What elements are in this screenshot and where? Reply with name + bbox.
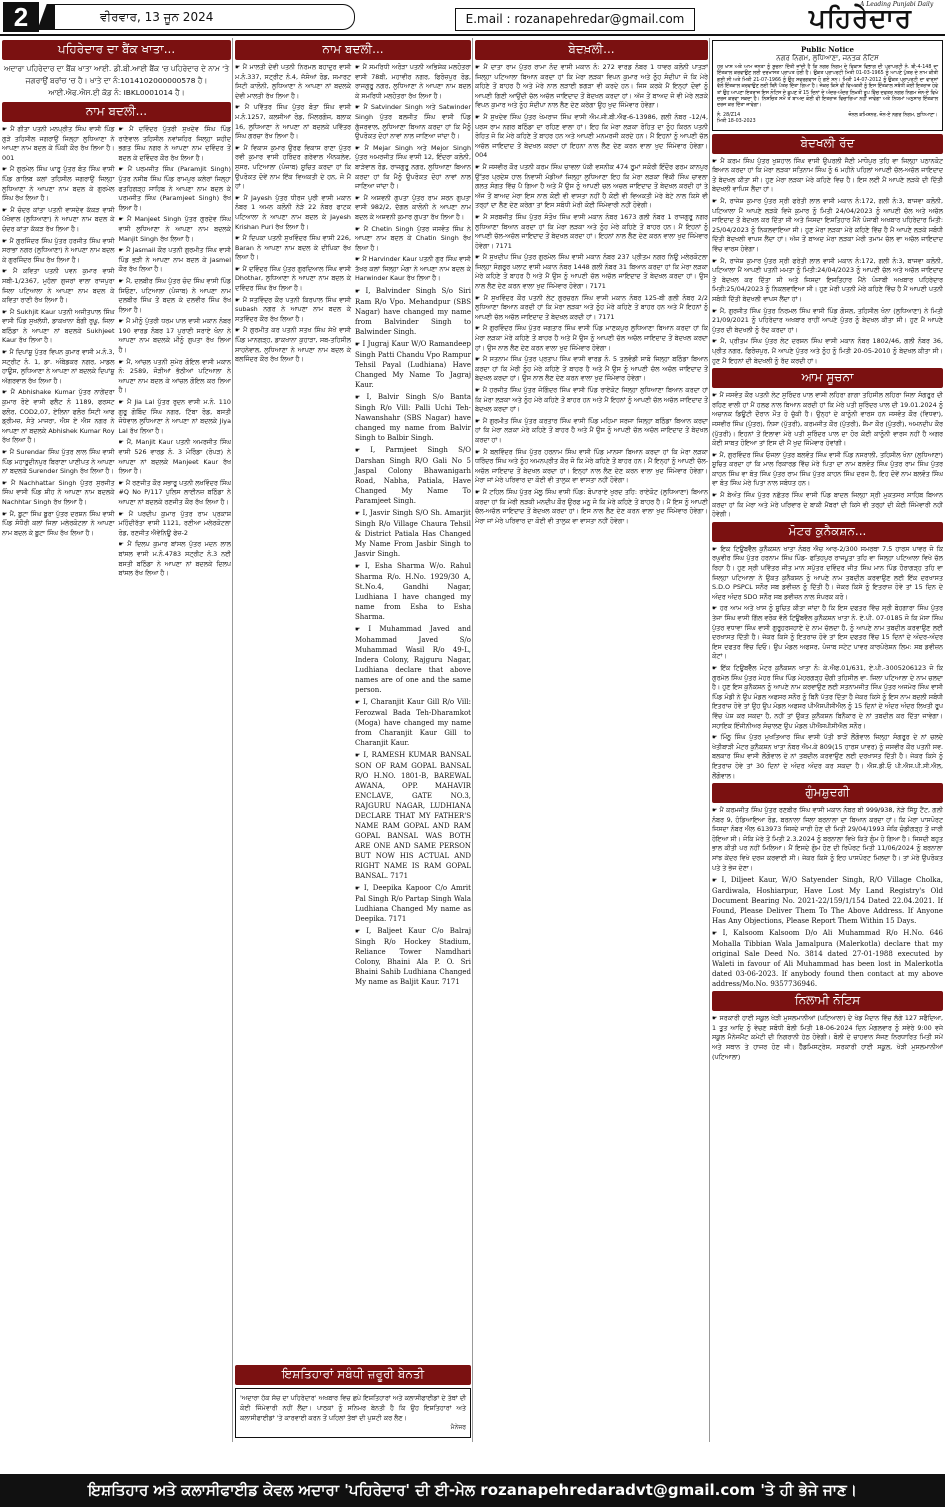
classified-item: I, Kalsoom Kalsoom D/o Ali Muhammad R/o … bbox=[712, 928, 943, 989]
classified-item: ਮੈਂ ਚੰਦਰ ਕਾਂਤਾ ਪਤਨੀ ਵਾਸਦੇਵ ਕੱਕੜ ਵਾਸੀ ਪੱਖ… bbox=[2, 206, 115, 235]
ad-disclaimer-signature: ਮੈਨੇਜਰ bbox=[240, 1423, 466, 1433]
classified-item: ਮੈਂ Jasmail ਕੌਰ ਪਤਨੀ ਗੁਰਮੀਤ ਸਿੰਘ ਵਾਸੀ ਪਿ… bbox=[119, 246, 232, 275]
ad-disclaimer-text: 'ਅਦਾਰਾ ਹੱਕ ਸੱਚ ਦਾ ਪਹਿਰੇਦਾਰ' ਅਖਬਾਰ ਵਿਚ ਛਪ… bbox=[240, 1393, 466, 1423]
classified-item: ਮੈਂ, ਗੁਰਜੀਤ ਸਿੰਘ ਪੁੱਤਰ ਨਿਰਮਲ ਸਿੰਘ ਵਾਸੀ ਪ… bbox=[712, 307, 943, 336]
classified-item: ਮੈਂ ਬਲਵਿੰਦਰ ਸਿੰਘ ਪੁੱਤਰ ਹਰਨਾਮ ਸਿੰਘ ਵਾਸੀ ਪ… bbox=[475, 448, 708, 486]
bank-account-text: ਅਦਾਰਾ ਪਹਿਰੇਦਾਰ ਦਾ ਬੈਂਕ ਖਾਤਾ ਆਈ. ਡੀ.ਬੀ.ਆਈ… bbox=[2, 63, 231, 99]
classified-item: ਮੈਂ Nachhattar Singh ਪੁੱਤਰ ਸੁਰਜੀਤ ਸਿੰਘ ਵ… bbox=[2, 479, 115, 508]
classified-item: ਮੈਂ Satvinder Singh ਅਤੇ Satwinder Singh … bbox=[355, 103, 471, 141]
column-3: ਬੇਦਖ਼ਲੀ... ਮੈਂ ਦਾਤਾ ਰਾਮ ਪੁੱਤਰ ਰਾਮਾ ਨੰਦ ਵ… bbox=[475, 38, 708, 1442]
classified-item: ਮੈਂ ਵਿਕਾਸ ਕੁਮਾਰ ਉਰਫ ਵਿਕਾਸ ਰਾਣਾ ਪੁੱਤਰ ਰਵੀ… bbox=[235, 144, 351, 192]
classified-item: ਮੈਂ ਮਾਲਤੀ ਦੇਵੀ ਪਤਨੀ ਨਿਰਮਲ ਬਹਾਦੁਰ ਵਾਸੀ ਮ.… bbox=[235, 63, 351, 101]
classified-item: I, Baljeet Kaur C/o Balraj Singh R/o Hoc… bbox=[355, 926, 471, 987]
lost-items-heading: ਗੁੰਮਸ਼ੁਦਗੀ bbox=[712, 783, 943, 803]
name-change-right: ਮੈਂ ਦਵਿੰਦਰ ਪੁੱਤਰੀ ਸੁਖਦੇਵ ਸਿੰਘ ਪਿੰਡ ਰਾਣੇਵ… bbox=[119, 125, 232, 581]
classified-item: ਮੈਂ ਗੁਰਮੀਤ ਸਿੰਘ ਪੁੱਤਰ ਕਰਤਾਰ ਸਿੰਘ ਵਾਸੀ ਪਿ… bbox=[475, 417, 708, 446]
classified-item: I Jugraj Kaur W/O Ramandeep Singh Patti … bbox=[355, 339, 471, 390]
classified-item: ਮੈਂ Surendar ਸਿੰਘ ਪੁੱਤਰ ਲਾਲ ਸਿੰਘ ਵਾਸੀ ਪਿ… bbox=[2, 448, 115, 477]
classified-item: ਮੈਂ, ਰਾਜੇਸ਼ ਕੁਮਾਰ ਪੁੱਤਰ ਸ੍ਰੀ ਫਰੇਤੀ ਲਾਲ ਵ… bbox=[712, 257, 943, 305]
ad-disclaimer-heading: ਇਸ਼ਤਿਹਾਰਾਂ ਸਬੰਧੀ ਜ਼ਰੂਰੀ ਬੇਨਤੀ bbox=[235, 1365, 471, 1385]
classified-item: I, Esha Sharma W/o. Rahul Sharma R/o. H.… bbox=[355, 561, 471, 622]
name-change-heading: ਨਾਮ ਬਦਲੀ... bbox=[235, 40, 471, 60]
classified-item: ਮੈਂ ਸਮਰਿਧੀ ਅਰੋੜਾ ਪਤਨੀ ਅਭਿਸ਼ੇਕ ਮਲਹੋਤਰਾ ਵਾ… bbox=[355, 63, 471, 101]
public-notice-body: ਹਰ ਖਾਸ ਅਤੇ ਆਮ ਜਨਤਾ ਨੂੰ ਸੂਚਨਾ ਦਿੱਤੀ ਜਾਂਦੀ… bbox=[717, 65, 938, 110]
classified-item: ਮੈਂ ਸੁਖਦੇਵ ਸਿੰਘ ਪੁੱਤਰ ਖੇਮਰਾਜ ਸਿੰਘ ਵਾਸੀ ਐ… bbox=[475, 113, 708, 161]
general-notice-list: ਮੈਂ ਜਸਵੰਤ ਕੌਰ ਪਤਨੀ ਲੇਟ ਸੁਰਿੰਦਰ ਪਾਲ ਵਾਸੀ … bbox=[712, 391, 943, 520]
classified-item: ਮੈਂ, ਬੂਟਾ ਸਿੰਘ ਬੂਰਾ ਪੁੱਤਰ ਦਰਸ਼ਨ ਸਿੰਘ ਵਾਸ… bbox=[2, 510, 115, 539]
classified-item: ਮੈਂ ਦਿਪਾਂਸ਼ੂ ਪੁੱਤਰ ਵਿਪਨ ਕੁਮਾਰ ਵਾਸੀ ਮ.ਨੰ.… bbox=[2, 348, 115, 386]
classified-item: ਮੈਂ ਬੇਅੰਤ ਸਿੰਘ ਪੁੱਤਰ ਨਛੱਤਰ ਸਿੰਘ ਵਾਸੀ ਪਿੰ… bbox=[712, 491, 943, 520]
classified-item: ਮੈਂ ਦਵਿੰਦਰ ਪੁੱਤਰੀ ਸੁਖਦੇਵ ਸਿੰਘ ਪਿੰਡ ਰਾਣੇਵ… bbox=[119, 125, 232, 163]
masthead: 2 ਵੀਰਵਾਰ, 13 ਜੂਨ 2024 E.mail : rozanapeh… bbox=[0, 0, 945, 34]
name-change-list: ਮੈਂ ਗੀਤਾ ਪਤਨੀ ਮਨਪ੍ਰੀਤ ਸਿੰਘ ਵਾਸੀ ਪਿੰਡ ਗੁੜ… bbox=[2, 125, 231, 581]
classified-item: ਮਿੰਨੂ ਸਿੰਘ ਪੁੱਤਰ ਮੁਖਤਿਆਰ ਸਿੰਘ ਵਾਸੀ ਪੱਤੀ … bbox=[712, 733, 943, 781]
classified-item: I Muhammad Javed and Mohammad Javed S/o … bbox=[355, 624, 471, 695]
column-divider bbox=[709, 38, 710, 1442]
classified-item: ਮੈਂ ਕਰਮਜੀਤ ਸਿੰਘ ਪੁੱਤਰ ਰਣਬੀਰ ਸਿੰਘ ਵਾਸੀ ਮਕ… bbox=[712, 806, 943, 873]
issue-date: ਵੀਰਵਾਰ, 13 ਜੂਨ 2024 bbox=[55, 4, 355, 30]
classified-item: ਮੈਂ ਗੁਰਵਿੰਦਰ ਸਿੰਘ ਪੁੱਤਰ ਜਗਤਾਰ ਸਿੰਘ ਵਾਸੀ … bbox=[475, 324, 708, 353]
public-notice: Public Notice ਨਗਰ ਨਿਗਮ, ਲੁਧਿਆਣਾ, ਜਨਤਕ ਨੋ… bbox=[712, 40, 943, 131]
general-notice-heading: ਆਮ ਸੂਚਨਾ bbox=[712, 368, 943, 388]
classified-item: ਮੈਂ ਟਹਿਲ ਸਿੰਘ ਪੁੱਤਰ ਮੱਲੂ ਸਿੰਘ ਵਾਸੀ ਪਿੰਡ:… bbox=[475, 488, 708, 526]
public-notice-signature: ਜੋਨਲ ਕਮਿਸ਼ਨਰ, ਜੋਨ-ਏ ਨਗਰ ਨਿਗਮ, ਲੁਧਿਆਣਾ। bbox=[848, 113, 938, 126]
column-4: Public Notice ਨਗਰ ਨਿਗਮ, ਲੁਧਿਆਣਾ, ਜਨਤਕ ਨੋ… bbox=[712, 38, 943, 1442]
classified-item: ਮੈਂ ਦਾਤਾ ਰਾਮ ਪੁੱਤਰ ਰਾਮਾ ਨੰਦ ਵਾਸੀ ਮਕਾਨ ਨੰ… bbox=[475, 63, 708, 111]
classified-item: ਮੈਂ Harvinder Kaur ਪਤਨੀ ਗੁਰ ਸਿੰਘ ਵਾਸੀ ਤੱ… bbox=[355, 255, 471, 284]
classified-item: ਮੈਂ ਜਸਵੰਤ ਕੌਰ ਪਤਨੀ ਲੇਟ ਸੁਰਿੰਦਰ ਪਾਲ ਵਾਸੀ … bbox=[712, 391, 943, 449]
classified-item: ਮੈਂ Jayesh ਪੁੱਤਰ ਧੀਰਜ ਪੁਰੀ ਵਾਸੀ ਮਕਾਨ ਨੰਬ… bbox=[235, 194, 351, 232]
column-2: ਨਾਮ ਬਦਲੀ... ਮੈਂ ਮਾਲਤੀ ਦੇਵੀ ਪਤਨੀ ਨਿਰਮਲ ਬਹ… bbox=[235, 38, 471, 1442]
classified-item: ਸਰਕਾਰੀ ਹਾਈ ਸਕੂਲ ਖੇੜੀ ਮੁਸਲਮਾਨੀਆਂ (ਪਟਿਆਲਾ)… bbox=[712, 1014, 943, 1062]
classified-item: ਮੈਂ ਜਸਵੀਰ ਕੌਰ ਪਤਨੀ ਕਰਮ ਸਿੰਘ ਚਾਵਲਾ ਪੱਕੀ ਵ… bbox=[475, 163, 708, 211]
auction-notice-heading: ਨਿਲਾਮੀ ਨੋਟਿਸ bbox=[712, 991, 943, 1011]
disinheritance-heading: ਬੇਦਖ਼ਲੀ... bbox=[475, 40, 708, 60]
bank-account-heading: ਪਹਿਰੇਦਾਰ ਦਾ ਬੈਂਕ ਖਾਤਾ... bbox=[2, 40, 231, 60]
classified-item: ਮੈਂ ਸੁਖਵਿੰਦਰ ਕੌਰ ਪਤਨੀ ਲੇਟ ਗੁਰਚਰਨ ਸਿੰਘ ਵਾ… bbox=[475, 294, 708, 323]
footer-banner: ਇਸ਼ਤਿਹਾਰ ਅਤੇ ਕਲਾਸੀਫਾਈਡ ਕੇਵਲ ਅਦਾਰਾ 'ਪਹਿਰੇ… bbox=[0, 1474, 945, 1507]
classified-item: I, Balvinder Singh S/o Siri Ram R/o Vpo.… bbox=[355, 286, 471, 337]
contact-email[interactable]: E.mail : rozanapehredar@gmail.com bbox=[455, 8, 695, 31]
classified-item: ਮੈਂ ਗੁਰਮੀਤ ਕਰ ਪਤਨੀ ਸਤਖ ਸਿੰਘ ਸੇਖੋਂ ਵਾਸੀ ਪ… bbox=[235, 326, 351, 364]
name-change-list: ਮੈਂ ਮਾਲਤੀ ਦੇਵੀ ਪਤਨੀ ਨਿਰਮਲ ਬਹਾਦੁਰ ਵਾਸੀ ਮ.… bbox=[235, 63, 471, 1363]
classified-item: ਇਕ ਟਿਊਬਵੈੱਲ ਕੁਨੈਕਸ਼ਨ ਖਾਤਾ ਨੰਬਰ ਐਚ ਆਰ-2/3… bbox=[712, 545, 943, 603]
classified-item: ਮੈਂ ਦਵਿੰਦਰ ਸਿੰਘ ਪੁੱਤਰ ਗੁਰਦਿਆਲ ਸਿੰਘ ਵਾਸੀ … bbox=[235, 265, 351, 294]
classified-item: ਇੱਕ ਟਿਊਬਵੈੱਲ ਮੋਟਰ ਕੁਨੈਕਸ਼ਨ ਖਾਤਾ ਨੰ: ਕੇ.ਐ… bbox=[712, 664, 943, 731]
classified-item: I, Parmjeet Singh S/O Darshan Singh R/O … bbox=[355, 445, 471, 506]
name-change-right: ਮੈਂ ਸਮਰਿਧੀ ਅਰੋੜਾ ਪਤਨੀ ਅਭਿਸ਼ੇਕ ਮਲਹੋਤਰਾ ਵਾ… bbox=[355, 63, 471, 1363]
classified-item: ਮੈਂ Abhishake Kumar ਪੁੱਤਰ ਨਾਗੇਂਦਰਾ ਕੁਮਾਰ… bbox=[2, 388, 115, 446]
classified-item: ਮੈਂ ਹਰਜੀਤ ਸਿੰਘ ਪੁੱਤਰ ਜੋਗਿੰਦਰ ਸਿੰਘ ਵਾਸੀ ਪ… bbox=[475, 386, 708, 415]
public-notice-title: Public Notice bbox=[717, 45, 938, 54]
classified-item: ਮੈਂ, ਦਲਬੀਰ ਸਿੰਘ ਪੁੱਤਰ ਚੰਦ ਸਿੰਘ ਵਾਸੀ ਪਿੰਡ… bbox=[119, 277, 232, 315]
public-notice-date: ਮਿਤੀ 18-03-2023 bbox=[717, 119, 756, 125]
classified-item: ਮੈਂ ਕਰਮ ਸਿੰਘ ਪੁੱਤਰ ਖੁਸ਼ਹਾਲ ਸਿੰਘ ਵਾਸੀ ਉਪਰ… bbox=[712, 157, 943, 195]
classified-item: ਮੈਂ ਸੁਖਦੀਪ ਸਿੰਘ ਪੁੱਤਰ ਗੁਰਮੇਲ ਸਿੰਘ ਵਾਸੀ ਮ… bbox=[475, 253, 708, 291]
name-change-heading: ਨਾਮ ਬਦਲੀ... bbox=[2, 102, 231, 122]
classified-item: ਮੈਂ ਦਿਪਕਾ ਪਤਨੀ ਸੁਖਵਿੰਦਰ ਸਿੰਘ ਵਾਸੀ 226, B… bbox=[235, 234, 351, 263]
classified-item: ਮੈਂ ਸਤਨਾਮ ਸਿੰਘ ਪੁੱਤਰ ਪ੍ਰਤਾਪ ਸਿੰਘ ਵਾਸੀ ਵਾ… bbox=[475, 355, 708, 384]
name-change-left: ਮੈਂ ਗੀਤਾ ਪਤਨੀ ਮਨਪ੍ਰੀਤ ਸਿੰਘ ਵਾਸੀ ਪਿੰਡ ਗੁੜ… bbox=[2, 125, 115, 581]
ad-disclaimer: 'ਅਦਾਰਾ ਹੱਕ ਸੱਚ ਦਾ ਪਹਿਰੇਦਾਰ' ਅਖਬਾਰ ਵਿਚ ਛਪ… bbox=[235, 1388, 471, 1438]
masthead-divider bbox=[0, 34, 945, 36]
classified-item: ਮੈਂ ਸਰਬਜੀਤ ਸਿੰਘ ਪੁੱਤਰ ਸੰਤੋਖ ਸਿੰਘ ਵਾਸੀ ਮਕ… bbox=[475, 213, 708, 251]
lost-items-list: ਮੈਂ ਕਰਮਜੀਤ ਸਿੰਘ ਪੁੱਤਰ ਰਣਬੀਰ ਸਿੰਘ ਵਾਸੀ ਮਕ… bbox=[712, 806, 943, 989]
classified-item: ਮੈਂ Sukhjit Kaur ਪਤਨੀ ਅਜੀਤਪਾਲ ਸਿੰਘ ਵਾਸੀ … bbox=[2, 308, 115, 346]
column-1: ਪਹਿਰੇਦਾਰ ਦਾ ਬੈਂਕ ਖਾਤਾ... ਅਦਾਰਾ ਪਹਿਰੇਦਾਰ … bbox=[2, 38, 231, 1442]
disinheritance-cancel-heading: ਬੇਦਖਲੀ ਰੱਦ bbox=[712, 134, 943, 154]
classified-item: ਹਰ ਆਮ ਅਤੇ ਖਾਸ ਨੂੰ ਸੂਚਿਤ ਕੀਤਾ ਜਾਂਦਾ ਹੈ ਕਿ… bbox=[712, 604, 943, 662]
classified-item: I, Diljeet Kaur, W/O Satyender Singh, R/… bbox=[712, 875, 943, 926]
classified-item: I, Jasvir Singh S/O Sh. Amarjit Singh R/… bbox=[355, 508, 471, 559]
classified-item: ਮੈਂ ਦਿਲਪ ਕੁਮਾਰ ਬਾਂਸਲ ਪੁੱਤਰ ਮਦਨ ਲਾਲ ਬਾਂਸਲ… bbox=[119, 540, 232, 578]
disinheritance-list: ਮੈਂ ਦਾਤਾ ਰਾਮ ਪੁੱਤਰ ਰਾਮਾ ਨੰਦ ਵਾਸੀ ਮਕਾਨ ਨੰ… bbox=[475, 63, 708, 526]
classified-item: ਮੈਂ ਪਰਮਜੀਤ ਸਿੰਘ (Paramjit Singh) ਪੁੱਤਰ ਨ… bbox=[119, 165, 232, 213]
classified-item: ਮੈਂ ਸਤਵਿੰਦਰ ਕੌਰ ਪਤਨੀ ਕਿਰਪਾਲ ਸਿੰਘ ਵਾਸੀ su… bbox=[235, 296, 351, 325]
column-divider bbox=[472, 38, 473, 1442]
disinheritance-cancel-list: ਮੈਂ ਕਰਮ ਸਿੰਘ ਪੁੱਤਰ ਖੁਸ਼ਹਾਲ ਸਿੰਘ ਵਾਸੀ ਉਪਰ… bbox=[712, 157, 943, 366]
classified-item: ਮੈਂ ਗੀਤਾ ਪਤਨੀ ਮਨਪ੍ਰੀਤ ਸਿੰਘ ਵਾਸੀ ਪਿੰਡ ਗੁੜ… bbox=[2, 125, 115, 163]
classified-item: ਮੈਂ ਕਵਿਤਾ ਪਤਨੀ ਪਵਨ ਕੁਮਾਰ ਵਾਸੀ ਸਬੀ-1/2367… bbox=[2, 267, 115, 305]
classified-item: ਮੈਂ Manjeet Singh ਪੁੱਤਰ ਗੁਰਦੇਵ ਸਿੰਘ ਵਾਸੀ… bbox=[119, 215, 232, 244]
classified-item: ਮੈਂ, ਗੁਰਵਿੰਦਰ ਸਿੰਘ ਓਜਲਾ ਪੁੱਤਰ ਬਲਵੰਤ ਸਿੰਘ… bbox=[712, 451, 943, 489]
classified-item: ਮੈਂ, ਪ੍ਰੀਤਮ ਸਿੰਘ ਪੁੱਤਰ ਲੇਟ ਦਰਸ਼ਨ ਸਿੰਘ ਵਾ… bbox=[712, 337, 943, 366]
classified-item: I, Charanjit Kaur Gill R/o Vill: Ferozwa… bbox=[355, 697, 471, 748]
classified-item: ਮੈਂ ਗੁਰਮੇਲ ਸਿੰਘ ਘਾਰੂ ਪੁੱਤਰ ਬੰਤ ਸਿੰਘ ਵਾਸੀ… bbox=[2, 165, 115, 203]
newspaper-logo: ਪਹਿਰੇਦਾਰ bbox=[778, 4, 943, 34]
classified-item: ਮੈਂ Jia Lal ਪੁੱਤਰ ਰੁਦਨ ਵਾਸੀ ਮ.ਨੰ. 110 ਗੁ… bbox=[119, 398, 232, 436]
classified-item: ਮੈਂ ਗੁਰਜਿੰਦਰ ਸਿੰਘ ਪੁੱਤਰ ਹਰਜੀਤ ਸਿੰਘ ਵਾਸੀ … bbox=[2, 237, 115, 266]
classified-item: ਮੈਂ, ਆਂਚਲ ਪਤਨੀ ਸੁਮੇਰ ਗੋਇਲ ਵਾਸੀ ਮਕਾਨ ਨੰ: … bbox=[119, 358, 232, 396]
classified-item: ਮੈਂ ਪਰਦੀਪ ਕੁਮਾਰ ਪੁੱਤਰ ਰਾਮ ਪ੍ਰਕਾਸ਼ ਮਹਿੰਦੀ… bbox=[119, 510, 232, 539]
classified-item: ਮੈਂ ਰਣਜੀਤ ਕੌਰ ਸਭਾਰੂ ਪਤਨੀ ਲਖਵਿੰਦਰ ਸਿੰਘ #Q… bbox=[119, 479, 232, 508]
classified-item: ਮੈਂ ਅਸ਼ਵਨੀ ਗੁਪਤਾ ਪੁੱਤਰ ਰਾਮ ਸ਼ਰਨ ਗੁਪਤਾ ਵਾ… bbox=[355, 194, 471, 223]
motor-connection-list: ਇਕ ਟਿਊਬਵੈੱਲ ਕੁਨੈਕਸ਼ਨ ਖਾਤਾ ਨੰਬਰ ਐਚ ਆਰ-2/3… bbox=[712, 545, 943, 781]
classified-item: ਮੈਂ, ਰਾਜੇਸ਼ ਕੁਮਾਰ ਪੁੱਤਰ ਸ੍ਰੀ ਫਰੇਤੀ ਲਾਲ ਵ… bbox=[712, 197, 943, 255]
page-number: 2 bbox=[3, 2, 39, 32]
column-divider bbox=[232, 38, 233, 1442]
motor-connection-heading: ਮੋਟਰ ਕੁਨੈਕਸ਼ਨ... bbox=[712, 522, 943, 542]
classified-item: ਮੈਂ ਪਵਿੱਤਰ ਸਿੰਘ ਪੁੱਤਰ ਬੰਤਾ ਸਿੰਘ ਵਾਸੀ ਮ.ਨ… bbox=[235, 103, 351, 141]
classified-item: ਮੈਂ ਮੀਨੂੰ ਪੁੱਤਰੀ ਧਰਮ ਪਾਲ ਵਾਸੀ ਮਕਾਨ ਨੰਬਰ … bbox=[119, 317, 232, 355]
public-notice-subtitle: ਨਗਰ ਨਿਗਮ, ਲੁਧਿਆਣਾ, ਜਨਤਕ ਨੋਟਿਸ bbox=[717, 54, 938, 63]
name-change-left: ਮੈਂ ਮਾਲਤੀ ਦੇਵੀ ਪਤਨੀ ਨਿਰਮਲ ਬਹਾਦੁਰ ਵਾਸੀ ਮ.… bbox=[235, 63, 351, 1363]
classified-item: I, Deepika Kapoor C/o Amrit Pal Singh R/… bbox=[355, 883, 471, 924]
classified-item: ਮੈਂ, Manjit Kaur ਪਤਨੀ ਅਮਰਜੀਤ ਸਿੰਘ ਵਾਸੀ 5… bbox=[119, 438, 232, 476]
classified-item: ਮੈਂ Chetin Singh ਪੁੱਤਰ ਜਸਵੰਤ ਸਿੰਘ ਨੇ ਆਪਣ… bbox=[355, 225, 471, 254]
classified-item: I, RAMESH KUMAR BANSAL SON OF RAM GOPAL … bbox=[355, 750, 471, 881]
auction-notice-list: ਸਰਕਾਰੀ ਹਾਈ ਸਕੂਲ ਖੇੜੀ ਮੁਸਲਮਾਨੀਆਂ (ਪਟਿਆਲਾ)… bbox=[712, 1014, 943, 1062]
classified-item: I, Balvir Singh S/o Banta Singh R/o Vill… bbox=[355, 392, 471, 443]
classified-item: ਮੈਂ Mejar Singh ਅਤੇ Mejor Singh ਪੁੱਤਰ ਅਮ… bbox=[355, 144, 471, 192]
